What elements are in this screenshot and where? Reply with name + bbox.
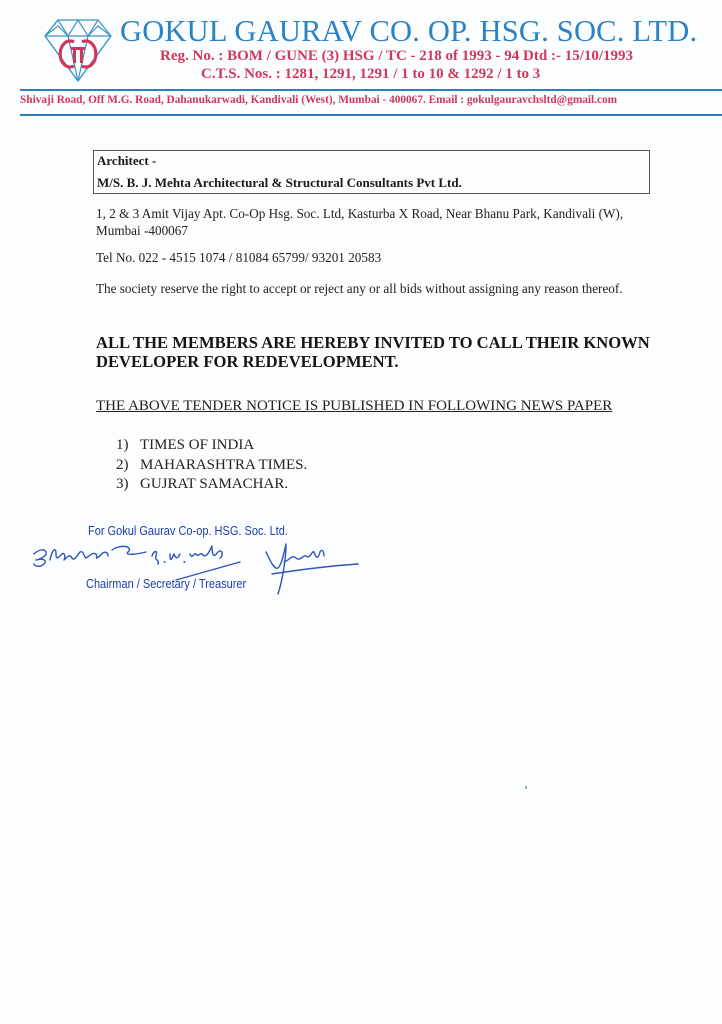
treasurer-signature [266, 544, 358, 594]
chairman-signature [34, 546, 146, 566]
registration-number: Reg. No. : BOM / GUNE (3) HSG / TC - 218… [160, 49, 633, 64]
document-page: GOKUL GAURAV CO. OP. HSG. SOC. LTD. Reg.… [0, 0, 722, 1024]
newspaper-name: MAHARASHTRA TIMES. [140, 457, 307, 473]
stamp-roles: Chairman / Secretary / Treasurer [86, 577, 246, 591]
architect-firm: M/S. B. J. Mehta Architectural & Structu… [97, 175, 462, 191]
architect-label: Architect - [97, 153, 156, 169]
society-address: Shivaji Road, Off M.G. Road, Dahanukarwa… [20, 95, 617, 106]
published-heading: THE ABOVE TENDER NOTICE IS PUBLISHED IN … [96, 398, 656, 415]
newspaper-name: GUJRAT SAMACHAR. [140, 476, 288, 492]
secretary-signature [152, 546, 240, 580]
newspaper-name: TIMES OF INDIA [140, 437, 254, 453]
newspaper-item: 1)TIMES OF INDIA [116, 436, 307, 456]
architect-telephone: Tel No. 022 - 4515 1074 / 81084 65799/ 9… [96, 249, 381, 266]
scan-speck [525, 786, 527, 789]
newspaper-number: 3) [116, 475, 140, 495]
cts-numbers: C.T.S. Nos. : 1281, 1291, 1291 / 1 to 10… [201, 67, 540, 82]
architect-box: Architect - M/S. B. J. Mehta Architectur… [93, 150, 650, 194]
newspaper-number: 1) [116, 436, 140, 456]
diamond-gg-logo-icon [44, 18, 112, 82]
org-name: GOKUL GAURAV CO. OP. HSG. SOC. LTD. [120, 16, 697, 47]
newspaper-list: 1)TIMES OF INDIA 2)MAHARASHTRA TIMES. 3)… [116, 436, 307, 495]
newspaper-item: 3)GUJRAT SAMACHAR. [116, 475, 307, 495]
invitation-heading: ALL THE MEMBERS ARE HEREBY INVITED TO CA… [96, 333, 656, 371]
letterhead-rule-top [20, 89, 722, 91]
reserve-clause: The society reserve the right to accept … [96, 280, 641, 297]
letterhead-rule-bottom [20, 114, 722, 116]
newspaper-item: 2)MAHARASHTRA TIMES. [116, 456, 307, 476]
newspaper-number: 2) [116, 456, 140, 476]
architect-address: 1, 2 & 3 Amit Vijay Apt. Co-Op Hsg. Soc.… [96, 205, 656, 239]
